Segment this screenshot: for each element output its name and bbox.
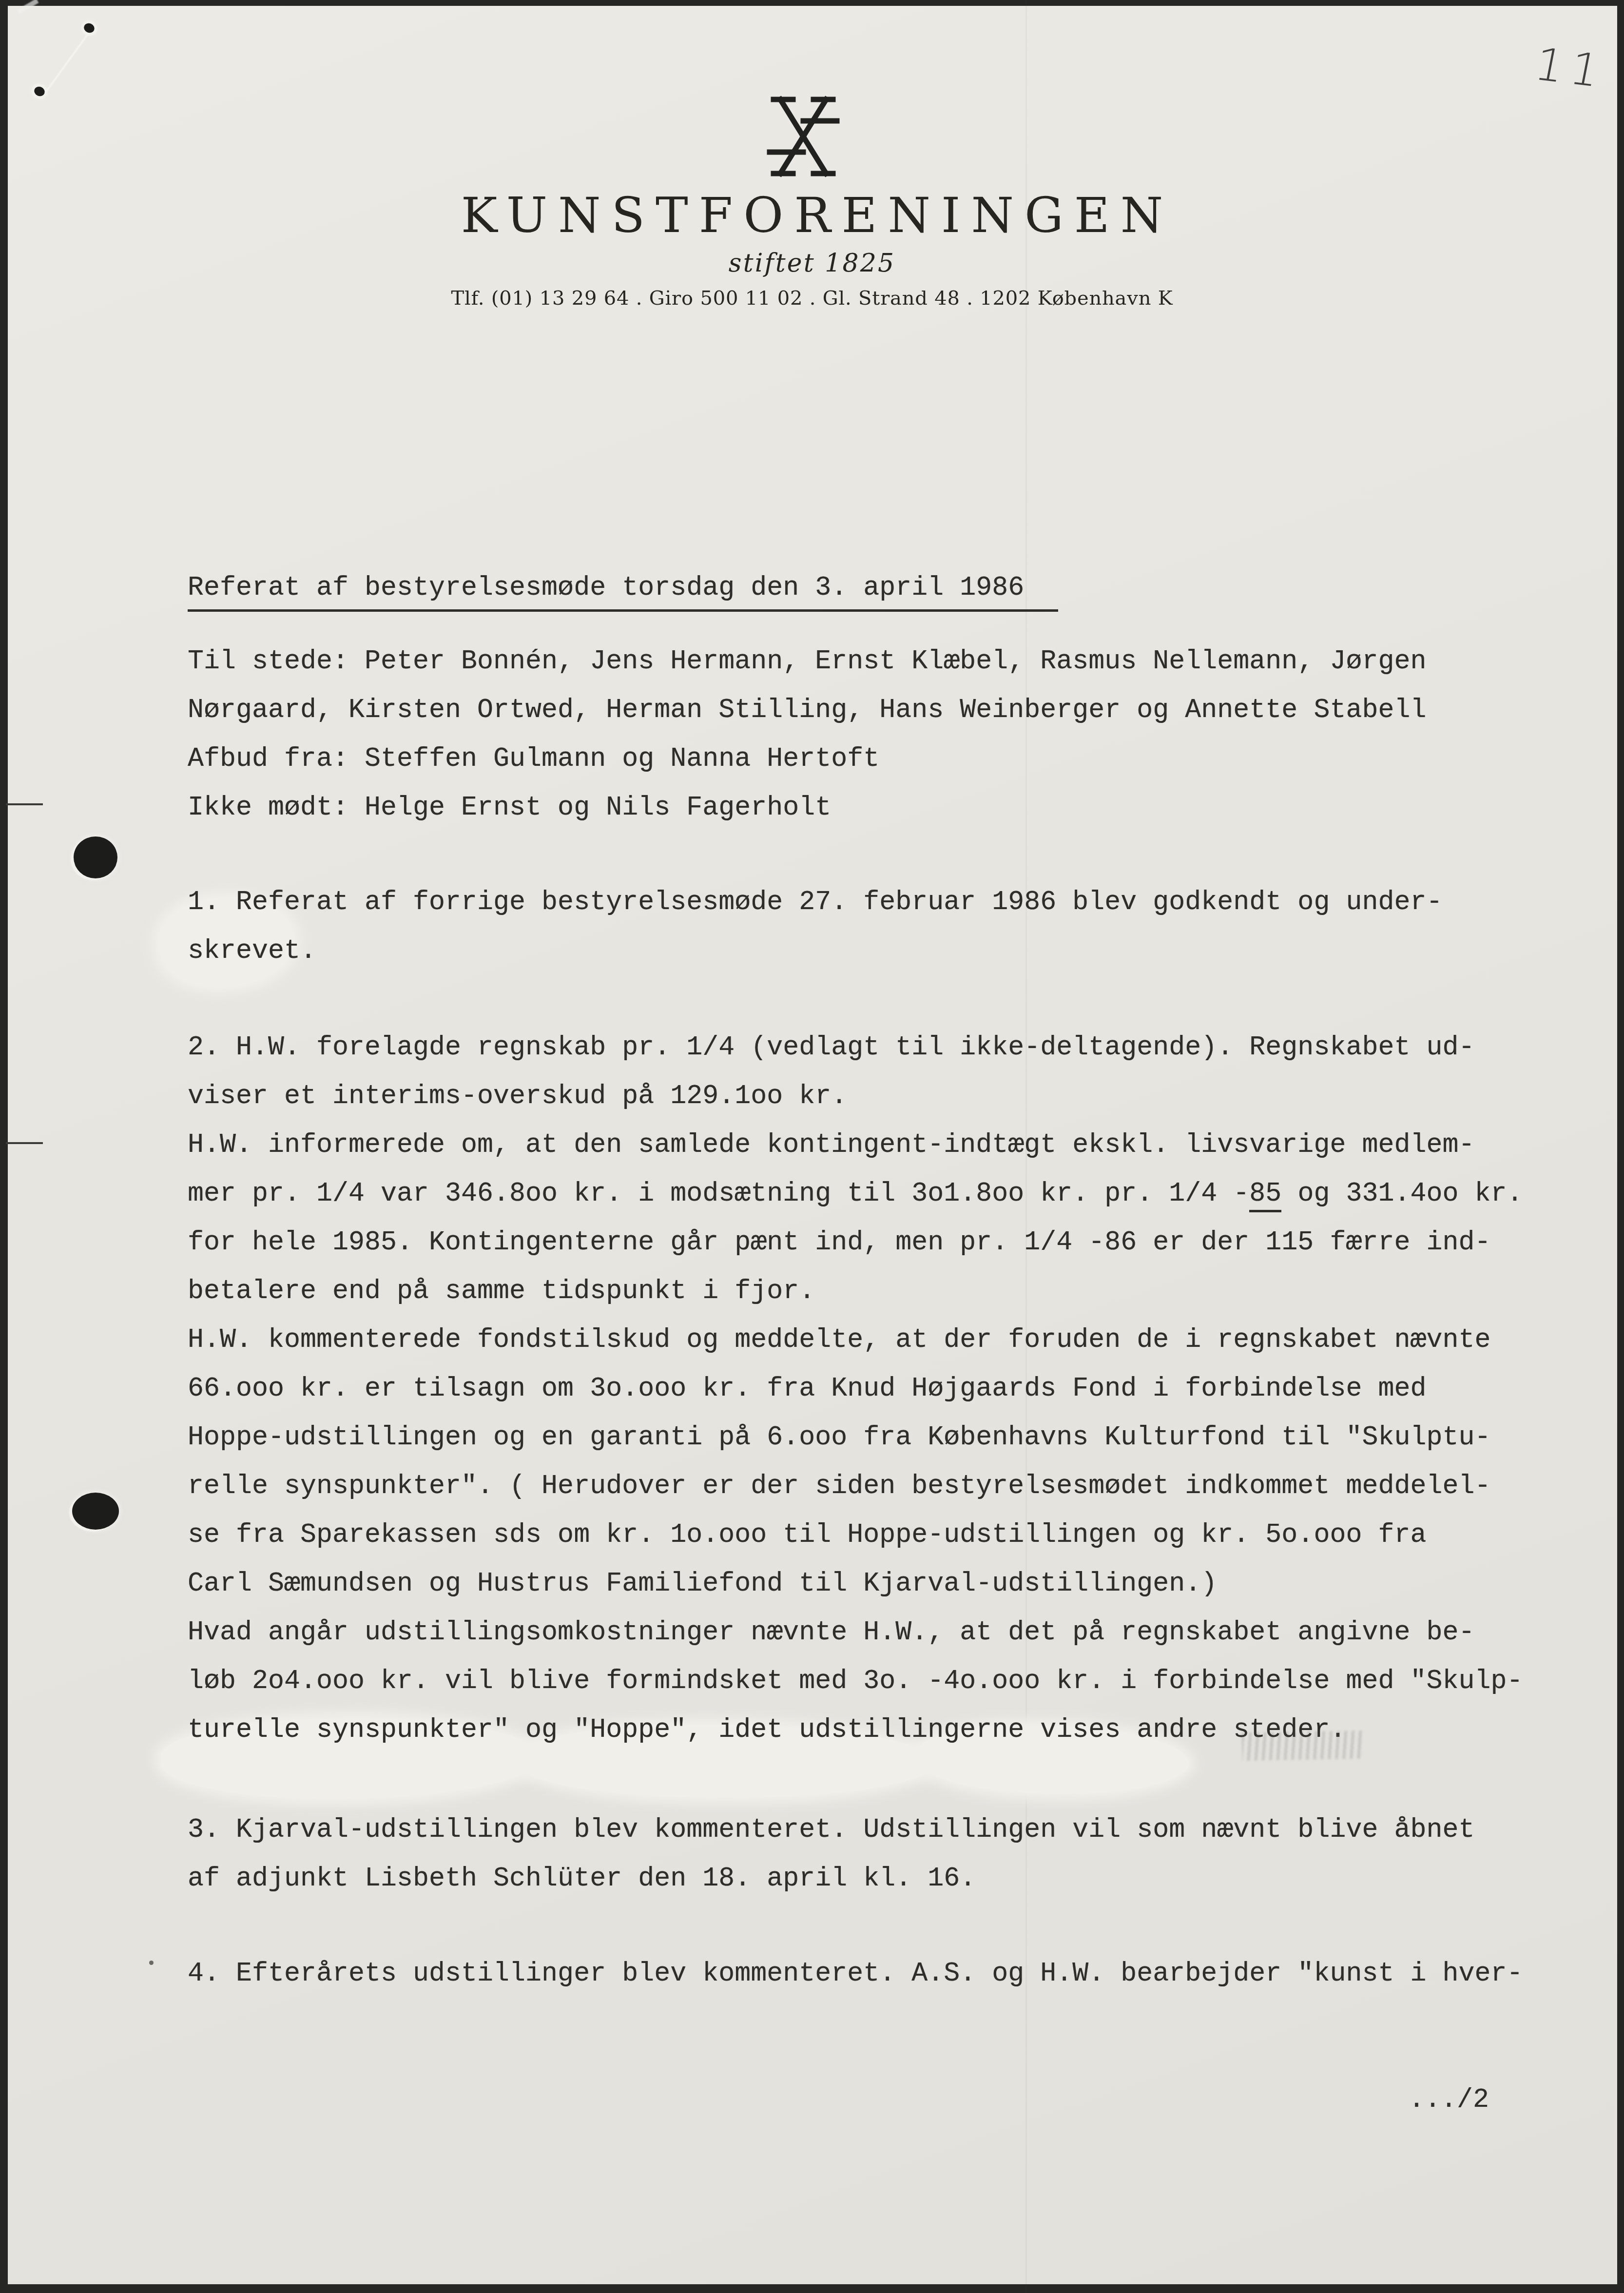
margin-tick-mark xyxy=(6,803,43,805)
text-line: se fra Sparekassen sds om kr. 1o.ooo til… xyxy=(188,1511,1523,1559)
handwritten-page-number: 11 xyxy=(1530,38,1610,98)
text-line: relle synspunkter". ( Herudover er der s… xyxy=(188,1462,1523,1511)
founded-line: stiftet 1825 xyxy=(0,251,1624,276)
minutes-item-2-part-b: for hele 1985. Kontingenterne går pænt i… xyxy=(188,1218,1523,1754)
minutes-item-1: 1. Referat af forrige bestyrelsesmøde 27… xyxy=(188,878,1442,975)
scan-edge-right xyxy=(1617,0,1624,2293)
text-line: Carl Sæmundsen og Hustrus Familiefond ti… xyxy=(188,1559,1523,1608)
scan-edge-top xyxy=(0,0,1624,6)
document-title-text: Referat af bestyrelsesmøde torsdag den 3… xyxy=(188,571,1058,612)
margin-tick-mark xyxy=(6,1142,43,1144)
text-line: 4. Efterårets udstillinger blev kommente… xyxy=(188,1949,1523,1998)
continuation-mark: .../2 xyxy=(1409,2076,1489,2124)
scan-edge-bottom xyxy=(0,2284,1624,2293)
text-line: Hoppe-udstillingen og en garanti på 6.oo… xyxy=(188,1413,1523,1462)
text-line: 2. H.W. forelagde regnskab pr. 1/4 (vedl… xyxy=(188,1023,1523,1072)
text-line: Ikke mødt: Helge Ernst og Nils Fagerholt xyxy=(188,783,1426,832)
scan-edge-left xyxy=(0,0,8,2293)
document-title: Referat af bestyrelsesmøde torsdag den 3… xyxy=(188,564,1058,612)
text-line: 66.ooo kr. er tilsagn om 3o.ooo kr. fra … xyxy=(188,1364,1523,1413)
text-line: løb 2o4.ooo kr. vil blive formindsket me… xyxy=(188,1657,1523,1706)
contact-line: Tlf. (01) 13 29 64 . Giro 500 11 02 . Gl… xyxy=(0,289,1624,308)
organization-name: KUNSTFORENINGEN xyxy=(0,191,1624,240)
text-line: 1. Referat af forrige bestyrelsesmøde 27… xyxy=(188,878,1442,927)
minutes-item-3: 3. Kjarval-udstillingen blev kommenteret… xyxy=(188,1806,1474,1903)
line-segment-post: og 331.4oo kr. xyxy=(1281,1178,1523,1209)
scanned-minutes-page: { "scan": { "handwritten_page_number": "… xyxy=(0,0,1624,2293)
line-segment-pre: mer pr. 1/4 var 346.8oo kr. i modsætning… xyxy=(188,1178,1249,1209)
text-line: mer pr. 1/4 var 346.8oo kr. i modsætning… xyxy=(188,1169,1523,1218)
punch-hole xyxy=(72,1493,119,1530)
underlined-year-85: 85 xyxy=(1249,1178,1281,1212)
minutes-item-2-part-a: 2. H.W. forelagde regnskab pr. 1/4 (vedl… xyxy=(188,1023,1523,1169)
text-line: Afbud fra: Steffen Gulmann og Nanna Hert… xyxy=(188,735,1426,783)
text-line: viser et interims-overskud på 129.1oo kr… xyxy=(188,1072,1523,1121)
text-line: H.W. kommenterede fondstilskud og meddel… xyxy=(188,1316,1523,1364)
scan-page: 11 KUNSTFORENINGEN stiftet 1825 Tlf. (01… xyxy=(0,0,1624,2293)
text-line: Til stede: Peter Bonnén, Jens Hermann, E… xyxy=(188,637,1426,686)
minutes-item-4: 4. Efterårets udstillinger blev kommente… xyxy=(188,1949,1523,1998)
minutes-item-2: 2. H.W. forelagde regnskab pr. 1/4 (vedl… xyxy=(188,1023,1523,1754)
attendance-block: Til stede: Peter Bonnén, Jens Hermann, E… xyxy=(188,637,1426,832)
margin-dot-mark xyxy=(149,1961,154,1965)
text-line: H.W. informerede om, at den samlede kont… xyxy=(188,1121,1523,1169)
kf-monogram-logo xyxy=(757,93,850,180)
text-line: for hele 1985. Kontingenterne går pænt i… xyxy=(188,1218,1523,1267)
text-line: Nørgaard, Kirsten Ortwed, Herman Stillin… xyxy=(188,686,1426,735)
text-line: betalere end på samme tidspunkt i fjor. xyxy=(188,1267,1523,1316)
text-line: 3. Kjarval-udstillingen blev kommenteret… xyxy=(188,1806,1474,1854)
text-line: af adjunkt Lisbeth Schlüter den 18. apri… xyxy=(188,1854,1474,1903)
erased-text-ghost xyxy=(1242,1730,1364,1761)
text-line: Hvad angår udstillingsomkostninger nævnt… xyxy=(188,1608,1523,1657)
punch-hole xyxy=(74,836,117,878)
text-line: skrevet. xyxy=(188,927,1442,975)
